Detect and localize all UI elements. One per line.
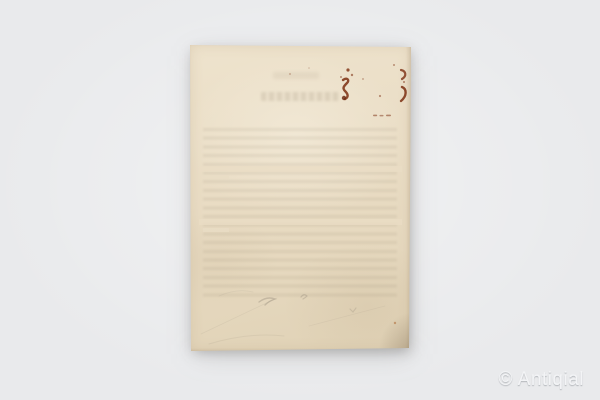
document-paper (189, 44, 412, 352)
paper-edge-shadow-right (406, 44, 412, 352)
pencil-marks (189, 44, 412, 352)
pencil-scribbles (201, 291, 385, 344)
watermark: © Antiqial (498, 369, 584, 391)
paper-corner-shadow (378, 312, 412, 352)
photo-scene: © Antiqial (0, 0, 600, 400)
